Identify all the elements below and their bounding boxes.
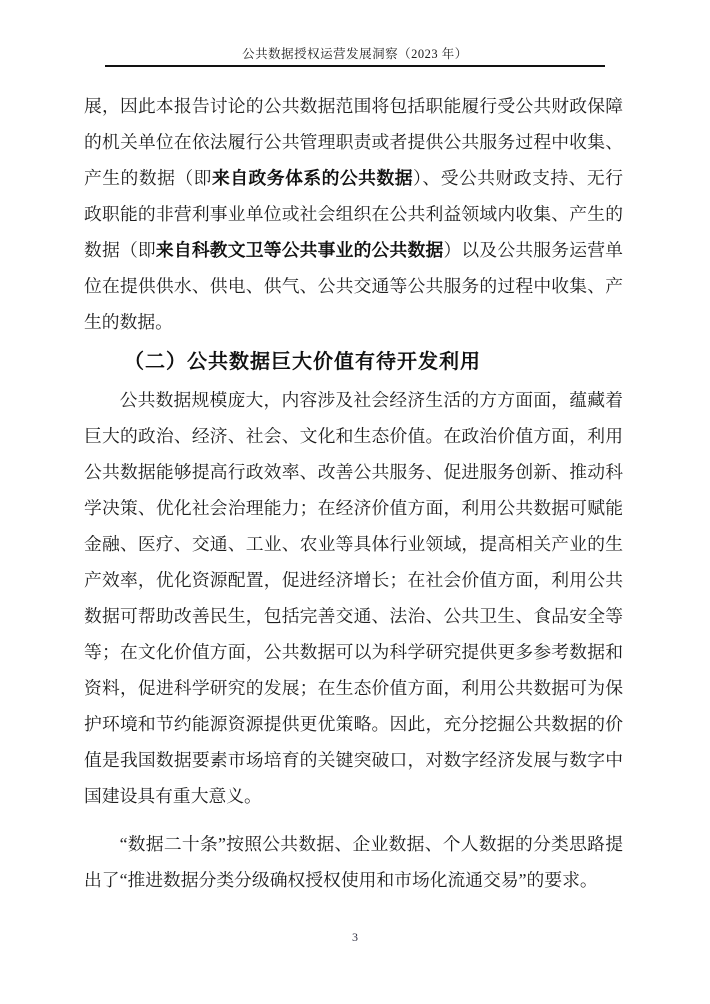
paragraph-data-twenty-articles: “数据二十条”按照公共数据、企业数据、个人数据的分类思路提出了“推进数据分类分级…	[84, 826, 623, 898]
page-body: 展，因此本报告讨论的公共数据范围将包括职能履行受公共财政保障的机关单位在依法履行…	[84, 88, 623, 898]
section-heading-value-development: （二）公共数据巨大价值有待开发利用	[84, 342, 623, 382]
bold-public-institution-data: 来自科教文卫等公共事业的公共数据	[156, 240, 444, 260]
document-page: 公共数据授权运营发展洞察（2023 年） 展，因此本报告讨论的公共数据范围将包括…	[0, 0, 710, 1004]
bold-gov-system-data: 来自政务体系的公共数据	[212, 168, 413, 188]
page-footer: 3	[0, 928, 710, 946]
paragraph-public-data-scope: 展，因此本报告讨论的公共数据范围将包括职能履行受公共财政保障的机关单位在依法履行…	[84, 88, 623, 340]
paragraph-public-data-value: 公共数据规模庞大，内容涉及社会经济生活的方方面面，蕴藏着巨大的政治、经济、社会、…	[84, 382, 623, 814]
running-header-title: 公共数据授权运营发展洞察（2023 年）	[0, 47, 710, 62]
header-divider	[105, 65, 605, 67]
page-header: 公共数据授权运营发展洞察（2023 年）	[0, 47, 710, 67]
page-number: 3	[352, 930, 358, 944]
